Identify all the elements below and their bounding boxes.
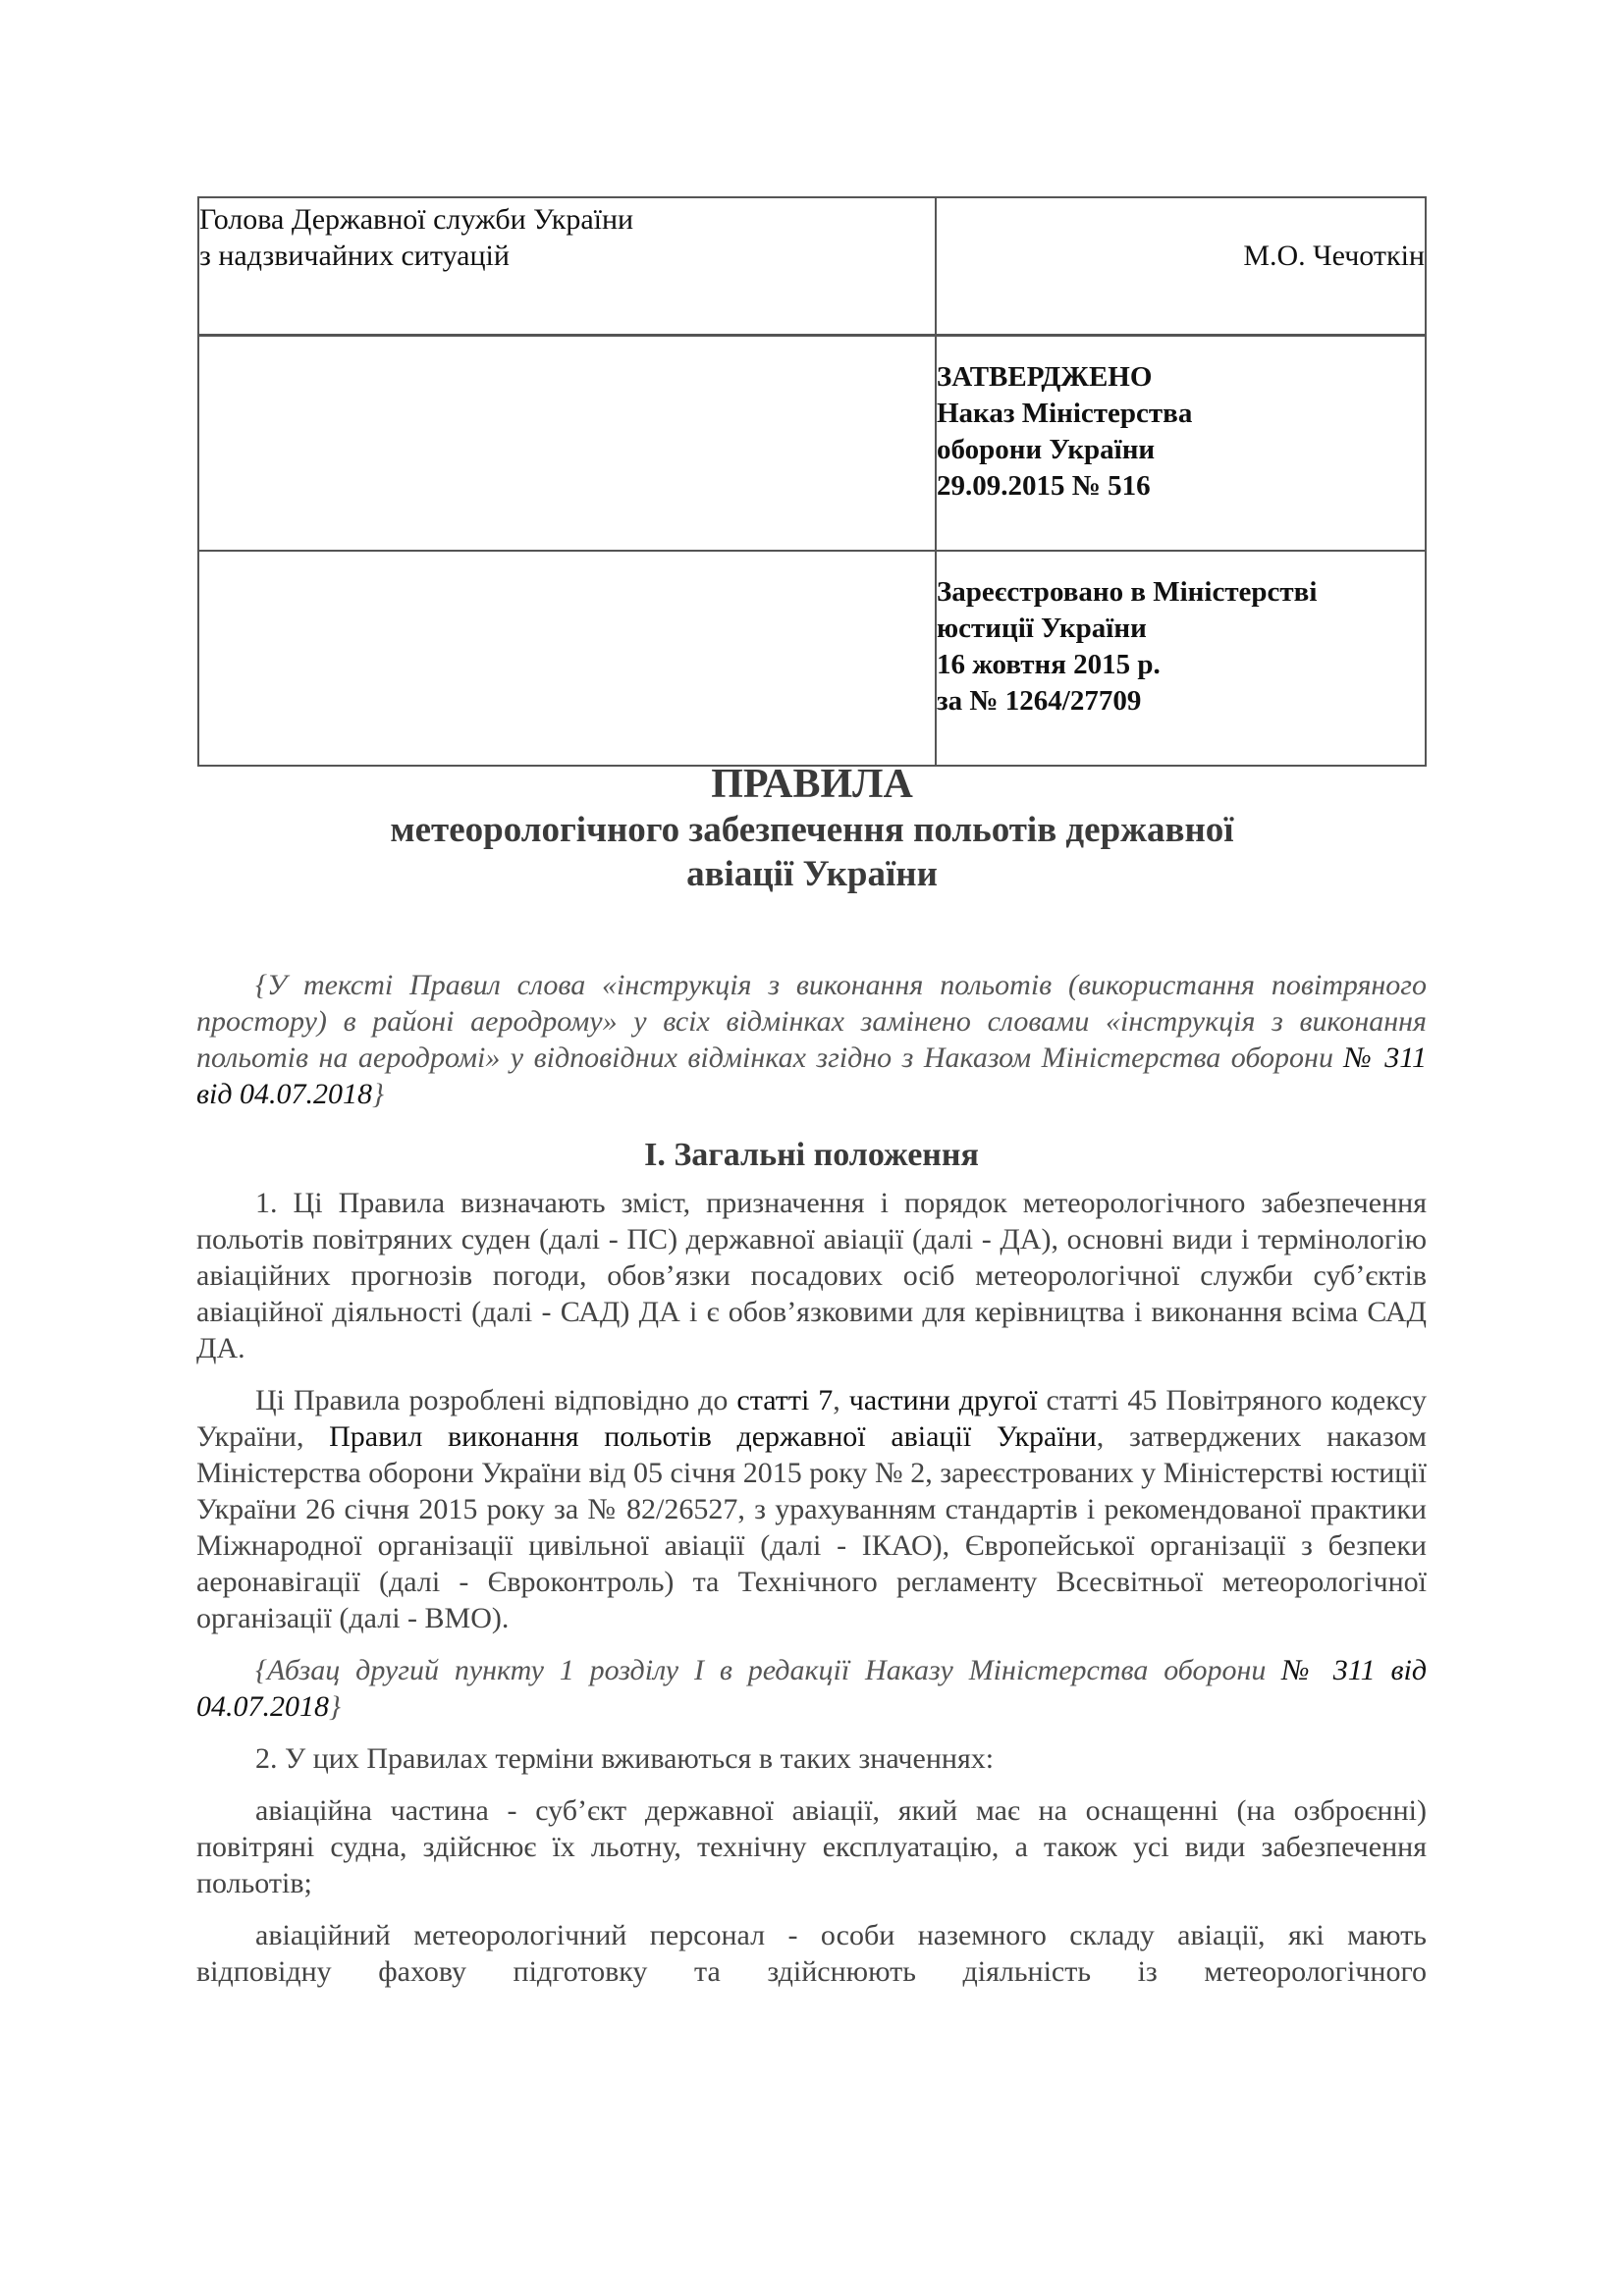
position-line: з надзвичайних ситуацій <box>199 238 935 274</box>
approved-line: 29.09.2015 № 516 <box>937 468 1425 505</box>
signature-table: Голова Державної служби України з надзви… <box>197 196 1427 336</box>
signature-name: М.О. Чечоткін <box>936 197 1426 335</box>
registered-line: за № 1264/27709 <box>937 683 1425 720</box>
registered-stamp: Зареєстровано в Міністерстві юстиції Укр… <box>936 551 1426 766</box>
approval-table: ЗАТВЕРДЖЕНО Наказ Міністерства оборони У… <box>197 335 1427 767</box>
position-line: Голова Державної служби України <box>199 201 935 238</box>
approved-stamp: ЗАТВЕРДЖЕНО Наказ Міністерства оборони У… <box>936 336 1426 551</box>
title-subtitle-line: авіації України <box>196 852 1428 896</box>
approved-line: Наказ Міністерства <box>937 396 1425 432</box>
section-heading: I. Загальні положення <box>196 1136 1427 1175</box>
law-article-link[interactable]: статті 7 <box>736 1384 833 1416</box>
paragraph: Ці Правила розроблені відповідно до стат… <box>196 1382 1427 1636</box>
law-part-link[interactable]: частини другої <box>849 1384 1038 1416</box>
empty-cell <box>198 336 936 551</box>
signature-position: Голова Державної служби України з надзви… <box>198 197 936 335</box>
document-body: {У тексті Правил слова «інструкція з вик… <box>196 967 1427 2005</box>
registered-line: Зареєстровано в Міністерстві <box>937 574 1425 611</box>
paragraph: 2. У цих Правилах терміни вживаються в т… <box>196 1740 1427 1777</box>
editorial-note: {У тексті Правил слова «інструкція з вик… <box>196 967 1427 1112</box>
approved-line: ЗАТВЕРДЖЕНО <box>937 359 1425 396</box>
definition: авіаційний метеорологічний персонал - ос… <box>196 1917 1427 1990</box>
title-subtitle-line: метеорологічного забезпечення польотів д… <box>196 808 1428 852</box>
title-main: ПРАВИЛА <box>196 761 1428 808</box>
registered-line: 16 жовтня 2015 р. <box>937 647 1425 683</box>
document-title: ПРАВИЛА метеорологічного забезпечення по… <box>196 761 1428 896</box>
paragraph: 1. Ці Правила визначають зміст, призначе… <box>196 1185 1427 1366</box>
definition: авіаційна частина - суб’єкт державної ав… <box>196 1792 1427 1901</box>
approved-line: оборони України <box>937 432 1425 468</box>
editorial-note: {Абзац другий пункту 1 розділу I в редак… <box>196 1652 1427 1725</box>
flight-rules-link[interactable]: Правил виконання польотів державної авіа… <box>329 1420 1097 1453</box>
empty-cell <box>198 551 936 766</box>
registered-line: юстиції України <box>937 611 1425 647</box>
